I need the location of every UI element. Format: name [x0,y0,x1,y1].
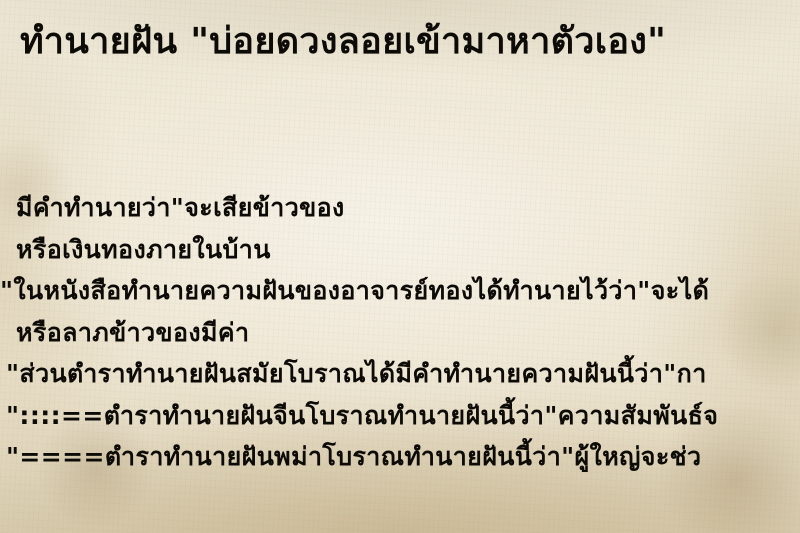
interpretation-text-block: มีคำทำนายว่า"จะเสียข้าวของ หรือเงินทองภา… [0,187,800,478]
text-line-7: "====ตำราทำนายฝันพม่าโบราณทำนายฝันนี้ว่า… [0,436,800,478]
text-line-4: หรือลาภข้าวของมีค่า [0,312,800,354]
text-line-1: มีคำทำนายว่า"จะเสียข้าวของ [0,187,800,229]
aged-paper-background: ทำนายฝัน "บ่อยดวงลอยเข้ามาหาตัวเอง" มีคำ… [0,0,800,533]
page-title: ทำนายฝัน "บ่อยดวงลอยเข้ามาหาตัวเอง" [20,16,666,68]
text-line-6: "::::==ตำราทำนายฝันจีนโบราณทำนายฝันนี้ว่… [0,395,800,437]
text-line-3: "ในหนังสือทำนายความฝันของอาจารย์ทองได้ทำ… [0,270,800,312]
text-line-5: "ส่วนตำราทำนายฝันสมัยโบราณได้มีคำทำนายคว… [0,353,800,395]
text-line-2: หรือเงินทองภายในบ้าน [0,229,800,271]
